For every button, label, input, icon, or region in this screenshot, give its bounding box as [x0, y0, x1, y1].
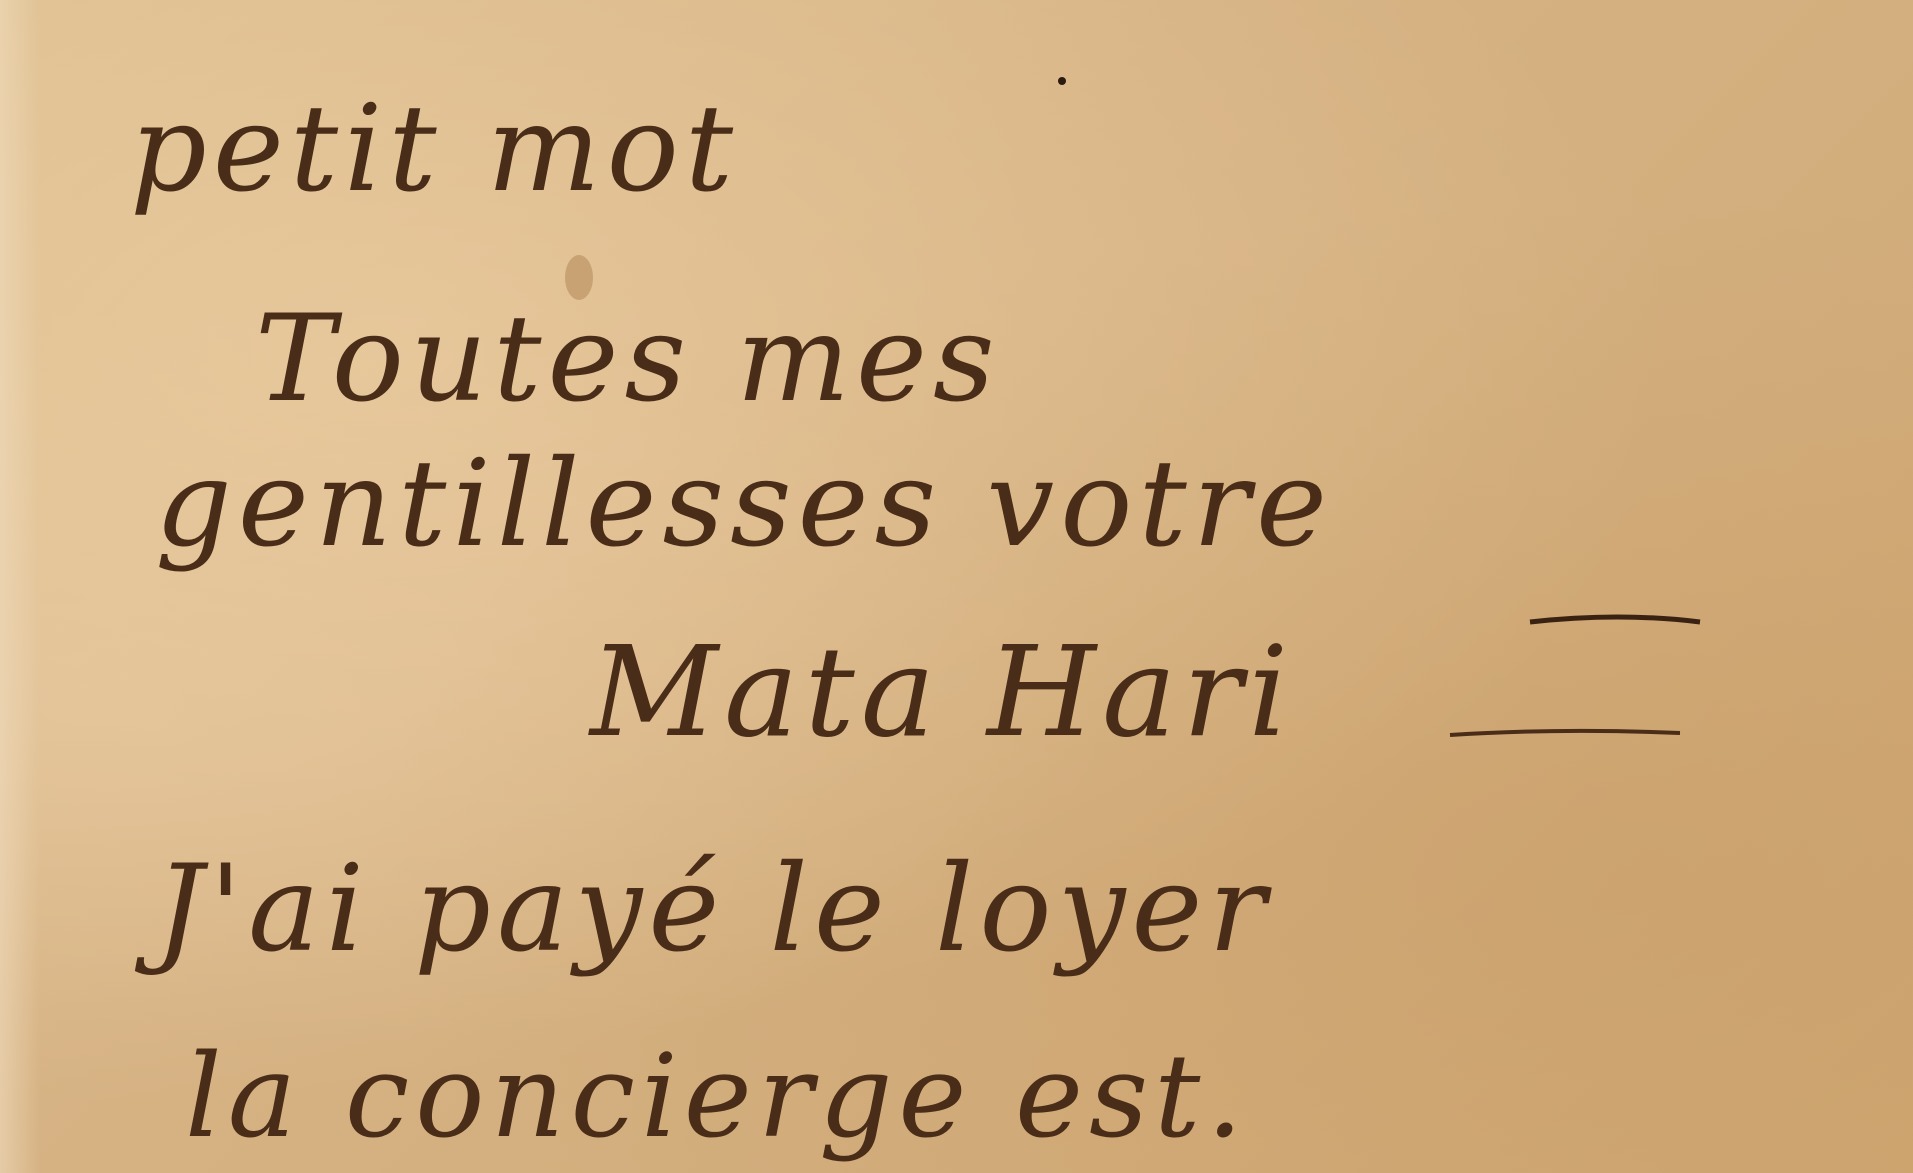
signature-underline-flourish	[0, 0, 1913, 1173]
